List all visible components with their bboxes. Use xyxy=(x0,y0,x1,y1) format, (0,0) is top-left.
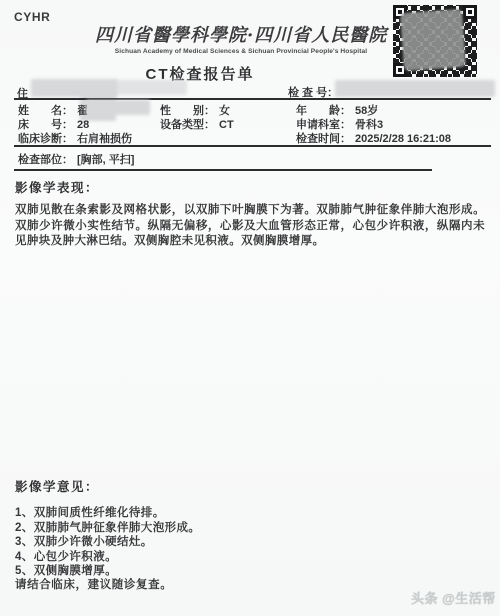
body-part-field: 检查部位：[胸部, 平扫] xyxy=(18,151,134,167)
clinical-note: 请结合临床，建议随诊复查。 xyxy=(15,576,172,592)
exam-time-label: 检查时间： xyxy=(296,133,351,145)
hospital-name-cn: 四川省醫學科學院·四川省人民醫院 xyxy=(95,21,387,47)
hospital-name-en: Sichuan Academy of Medical Sciences & Si… xyxy=(95,48,387,55)
hospital-header: 四川省醫學科學院·四川省人民醫院 Sichuan Academy of Medi… xyxy=(95,21,387,55)
qr-redaction-overlay xyxy=(400,9,466,71)
impression-heading: 影像学意见： xyxy=(15,477,99,495)
impression-item: 4、心包少许积液。 xyxy=(15,550,200,565)
divider-line xyxy=(14,98,491,100)
document-code: CYHR xyxy=(14,10,50,24)
impression-item: 3、双肺少许微小硬结灶。 xyxy=(15,535,200,550)
impression-item: 2、双肺肺气肿征象伴肺大泡形成。 xyxy=(15,521,200,536)
redaction-box xyxy=(86,100,150,115)
divider-line xyxy=(14,169,432,171)
exam-time-field: 检查时间：2025/2/28 16:21:08 xyxy=(296,130,451,146)
diagnosis-value: 右肩袖损伤 xyxy=(77,133,132,145)
toutiao-watermark: 头条 @生活帮 xyxy=(411,588,496,607)
qr-code xyxy=(393,5,477,77)
body-part-value: [胸部, 平扫] xyxy=(77,154,134,166)
diagnosis-label: 临床诊断： xyxy=(18,133,73,145)
exam-time-value: 2025/2/28 16:21:08 xyxy=(355,133,451,145)
qr-finder-icon xyxy=(463,5,477,19)
redaction-box xyxy=(113,80,187,95)
device-label: 设备类型： xyxy=(160,119,215,131)
impression-list: 1、双肺间质性纤维化待排。 2、双肺肺气肿征象伴肺大泡形成。 3、双肺少许微小硬… xyxy=(15,506,200,579)
findings-text: 双肺见散在条索影及网格状影，以双肺下叶胸膜下为著。双肺肺气肿征象伴肺大泡形成。双… xyxy=(15,203,485,250)
redaction-box xyxy=(335,80,495,97)
device-value: CT xyxy=(219,119,234,131)
findings-heading: 影像学表现： xyxy=(15,178,99,196)
impression-item: 1、双肺间质性纤维化待排。 xyxy=(15,506,200,521)
body-part-label: 检查部位： xyxy=(18,154,73,166)
diagnosis-field: 临床诊断：右肩袖损伤 xyxy=(18,130,132,146)
ct-report-document: CYHR 四川省醫學科學院·四川省人民醫院 Sichuan Academy of… xyxy=(0,0,500,616)
device-field: 设备类型：CT xyxy=(160,116,234,132)
divider-line xyxy=(14,145,491,147)
